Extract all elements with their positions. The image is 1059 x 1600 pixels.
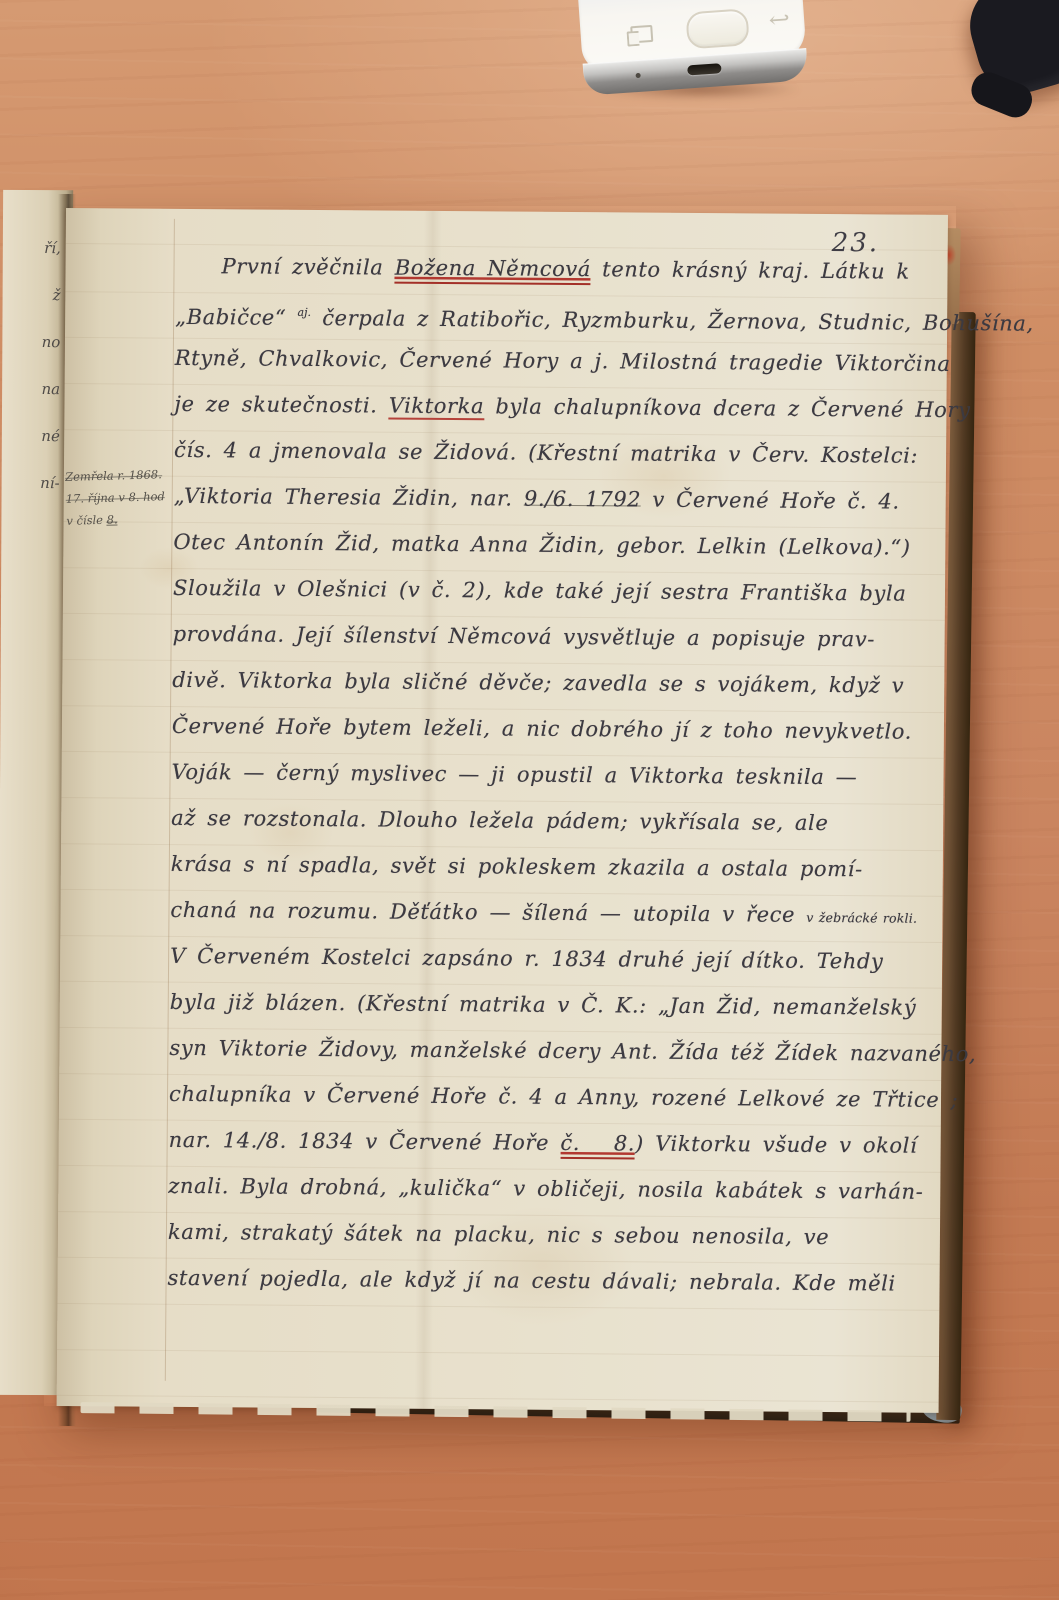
manuscript-segment: Sloužila v Olešnici (v č. 2), kde také j… [173, 576, 907, 606]
margin-note-line: 17. října v 8. hod [65, 485, 172, 510]
manuscript-segment: Božena Němcová [395, 256, 591, 286]
manuscript-segment: Červené Hoře bytem leželi, a nic dobrého… [172, 714, 912, 744]
manuscript-line: nar. 14./8. 1834 v Červené Hoře č. 8.) V… [169, 1117, 947, 1169]
manuscript-line: Otec Antonín Žid, matka Anna Židin, gebo… [173, 519, 951, 571]
manuscript-segment: tento krásný kraj. Látku k [591, 257, 910, 284]
manuscript-segment: „Viktoria Theresia Židin, nar. [174, 484, 524, 511]
manuscript-segment: nar. 14./8. 1834 v Červené Hoře [169, 1128, 561, 1155]
manuscript-page: 23. Zemřela r. 1868.17. října v 8. hodv … [57, 208, 948, 1413]
manuscript-segment: v žebrácké rokli. [806, 910, 917, 926]
margin-note-line: Zemřela r. 1868. [65, 463, 172, 488]
manuscript-segment: V Červeném Kostelci zapsáno r. 1834 druh… [170, 944, 883, 974]
manuscript-line: až se rozstonala. Dlouho ležela pádem; v… [171, 795, 949, 847]
manuscript-segment: Zemřela r. 1868. [65, 467, 162, 485]
manuscript-segment: čís. 4 a jmenovala se Židová. (Křestní m… [174, 438, 918, 468]
manuscript-segment: stavení pojedla, ale když jí na cestu dá… [168, 1266, 896, 1296]
manuscript-line: Voják — černý myslivec — ji opustil a Vi… [171, 749, 949, 801]
smartphone: ↩ [579, 0, 809, 108]
manuscript-segment: čerpala z Ratibořic, Ryzmburku, Žernova,… [311, 306, 1034, 336]
manuscript-segment: 8. [106, 512, 117, 526]
manuscript-line: provdána. Její šílenství Němcová vysvětl… [172, 611, 950, 663]
manuscript-segment: divě. Viktorka byla sličné děvče; zavedl… [172, 668, 904, 698]
manuscript-line: V Červeném Kostelci zapsáno r. 1834 druh… [170, 933, 948, 985]
manuscript-segment: Viktorka [389, 394, 485, 421]
manuscript-segment: krása s ní spadla, svět si pokleskem zka… [171, 852, 863, 881]
manuscript-line: byla již blázen. (Křestní matrika v Č. K… [170, 979, 948, 1031]
manuscript-segment: Otec Antonín Žid, matka Anna Židin, gebo… [173, 530, 910, 560]
manuscript-segment: 17. října v 8. hod [66, 489, 165, 507]
manuscript-segment: byla již blázen. (Křestní matrika v Č. K… [170, 990, 917, 1020]
manuscript-segment: chalupníka v Červené Hoře č. 4 a Anny, r… [169, 1082, 958, 1112]
manuscript-line: kami, strakatý šátek na placku, nic s se… [168, 1209, 946, 1261]
recent-apps-icon [630, 25, 653, 43]
usb-port [687, 63, 722, 75]
manuscript-segment: aj. [297, 306, 311, 319]
manuscript-segment: ) Viktorku všude v okolí [635, 1131, 917, 1157]
manuscript-segment: syn Viktorie Židovy, manželské dcery Ant… [169, 1036, 976, 1066]
manuscript-segment: je ze skutečnosti. [174, 392, 388, 418]
margin-note-line: v čísle 8. [66, 507, 173, 532]
manuscript-text: První zvěčnila Božena Němcová tento krás… [159, 243, 953, 1307]
manuscript-line: čís. 4 a jmenovala se Židová. (Křestní m… [174, 427, 952, 479]
manuscript-segment: znali. Byla drobná, „kulička“ v obličeji… [168, 1174, 923, 1204]
manuscript-segment: č. 8. [560, 1131, 635, 1160]
manuscript-segment: První zvěčnila [221, 254, 394, 279]
manuscript-line: Rtyně, Chvalkovic, Červené Hory a j. Mil… [175, 335, 953, 387]
manuscript-line: divě. Viktorka byla sličné děvče; zavedl… [172, 657, 950, 709]
margin-note: Zemřela r. 1868.17. října v 8. hodv čísl… [65, 463, 173, 532]
manuscript-segment: chaná na rozumu. Děťátko — šílená — utop… [170, 898, 806, 927]
manuscript-line: Sloužila v Olešnici (v č. 2), kde také j… [173, 565, 951, 617]
microphone-hole [635, 73, 640, 78]
manuscript-line: chalupníka v Červené Hoře č. 4 a Anny, r… [169, 1071, 947, 1123]
photo-scene: ↩ ří,žnonanéní- 23. Zemřela r. 1868.17. … [0, 0, 1059, 1600]
manuscript-line: chaná na rozumu. Děťátko — šílená — utop… [170, 887, 948, 939]
back-arrow-icon: ↩ [768, 7, 791, 33]
manuscript-segment: v Červené Hoře č. 4. [641, 488, 900, 514]
manuscript-segment: byla chalupníkova dcera z Červené Hory [484, 394, 971, 422]
home-button [685, 8, 749, 49]
manuscript-line: stavení pojedla, ale když jí na cestu dá… [167, 1255, 945, 1307]
manuscript-line: syn Viktorie Židovy, manželské dcery Ant… [169, 1025, 947, 1077]
left-page-text-fragment: ní- [40, 473, 60, 494]
manuscript-segment: Rtyně, Chvalkovic, Červené Hory a j. Mil… [175, 346, 951, 376]
manuscript-line: je ze skutečnosti. Viktorka byla chalupn… [174, 381, 952, 433]
manuscript-segment: „Babičce“ [175, 305, 298, 330]
manuscript-line: „Babičce“ aj. čerpala z Ratibořic, Ryzmb… [175, 289, 953, 341]
manuscript-segment: 9./6. 1792 [524, 487, 641, 513]
manuscript-line: „Viktoria Theresia Židin, nar. 9./6. 179… [174, 473, 952, 525]
manuscript-line: První zvěčnila Božena Němcová tento krás… [175, 243, 953, 295]
manuscript-segment: v čísle [66, 513, 107, 528]
manuscript-segment: provdána. Její šílenství Němcová vysvětl… [173, 622, 875, 652]
manuscript-segment: kami, strakatý šátek na placku, nic s se… [168, 1220, 829, 1249]
manuscript-line: krása s ní spadla, svět si pokleskem zka… [171, 841, 949, 893]
manuscript-segment: Voják — černý myslivec — ji opustil a Vi… [171, 760, 857, 789]
manuscript-line: Červené Hoře bytem leželi, a nic dobrého… [172, 703, 950, 755]
manuscript-line: znali. Byla drobná, „kulička“ v obličeji… [168, 1163, 946, 1215]
manuscript-segment: až se rozstonala. Dlouho ležela pádem; v… [171, 806, 828, 835]
